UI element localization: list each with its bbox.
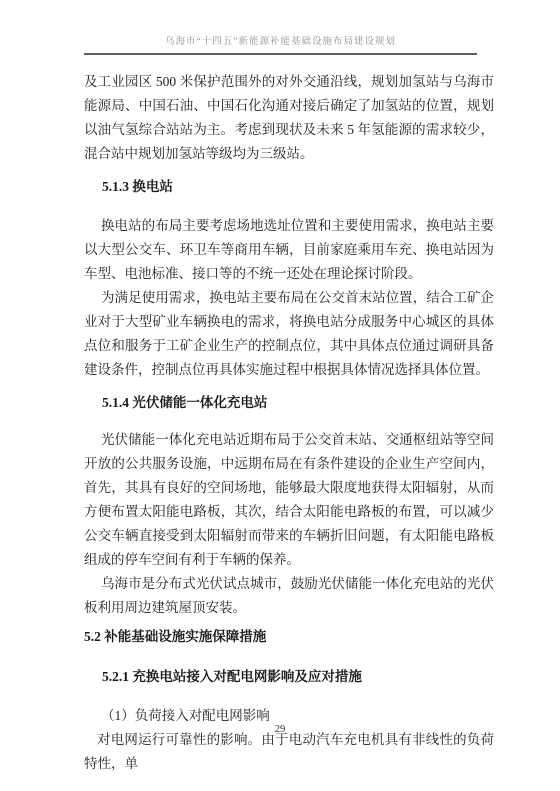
paragraph-hydrogen-stations: 及工业园区 500 米保护范围外的对外交通沿线，规划加氢站与乌海市能源局、中国石… (84, 70, 494, 166)
document-page: 乌海市“十四五”新能源补能基础设施布局建设规划 及工业园区 500 米保护范围外… (0, 0, 560, 791)
page-footer: 29 (0, 724, 560, 735)
paragraph-grid-reliability-impact: 对电网运行可靠性的影响。由于电动汽车充电机具有非线性的负荷特性，单 (84, 728, 494, 776)
paragraph-pv-storage-layout: 光伏储能一体化充电站近期布局于公交首末站、交通枢纽站等空间开放的公共服务设施，中… (84, 428, 494, 572)
document-body: 及工业园区 500 米保护范围外的对外交通沿线，规划加氢站与乌海市能源局、中国石… (84, 70, 494, 776)
heading-5-1-3-battery-swap-station: 5.1.3 换电站 (102, 178, 494, 196)
heading-5-1-4-pv-storage-charging-station: 5.1.4 光伏储能一体化充电站 (102, 394, 494, 412)
paragraph-distributed-pv-pilot: 乌海市是分布式光伏试点城市，鼓励光伏储能一体化充电站的光伏板利用周边建筑屋顶安装… (84, 572, 494, 620)
paragraph-swap-station-layout: 换电站的布局主要考虑场地选址位置和主要使用需求，换电站主要以大型公交车、环卫车等… (84, 214, 494, 286)
paragraph-swap-station-siting: 为满足使用需求，换电站主要布局在公交首末站位置，结合工矿企业对于大型矿业车辆换电… (84, 286, 494, 382)
heading-5-2-1-grid-impact-measures: 5.2.1 充换电站接入对配电网影响及应对措施 (102, 668, 494, 686)
page-number: 29 (275, 724, 286, 735)
heading-5-2-safeguard-measures: 5.2 补能基础设施实施保障措施 (84, 628, 494, 646)
page-header: 乌海市“十四五”新能源补能基础设施布局建设规划 (84, 36, 477, 55)
header-title: 乌海市“十四五”新能源补能基础设施布局建设规划 (165, 37, 396, 47)
